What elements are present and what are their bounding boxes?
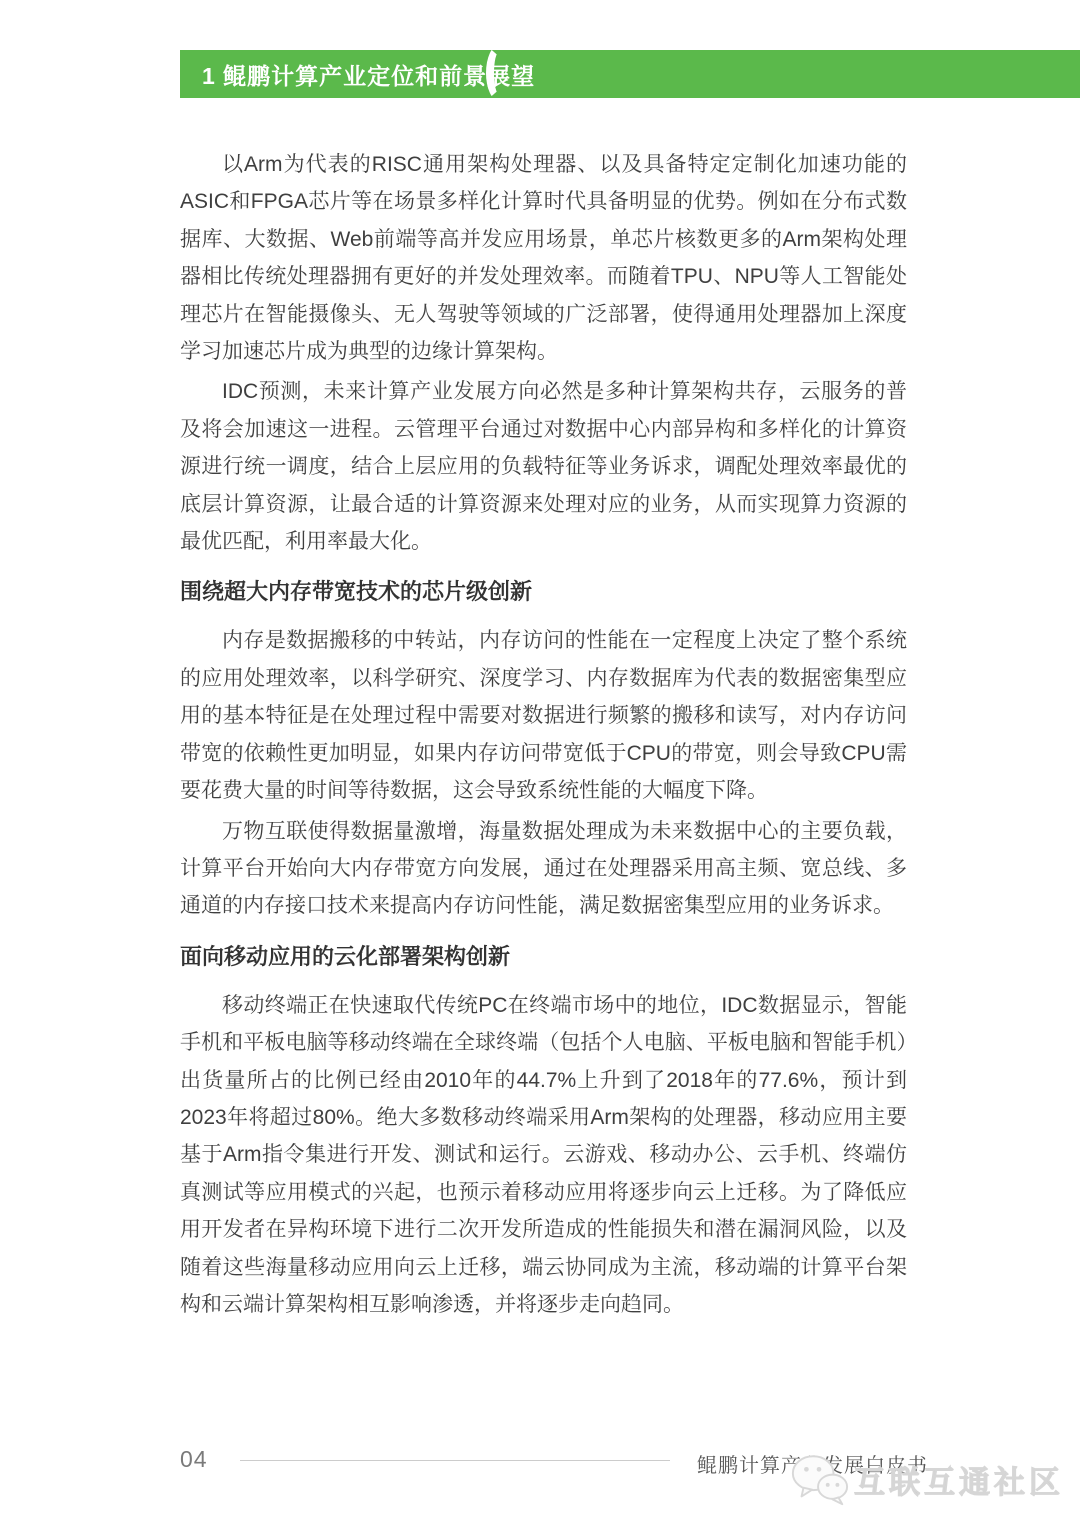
footer-divider xyxy=(240,1460,670,1461)
watermark-text: 互联互通社区 xyxy=(854,1457,1064,1502)
paragraph-mobile-terminal: 移动终端正在快速取代传统PC在终端市场中的地位，IDC数据显示，智能手机和平板电… xyxy=(180,987,907,1324)
paragraph-idc-forecast: IDC预测，未来计算产业发展方向必然是多种计算架构共存，云服务的普及将会加速这一… xyxy=(180,373,907,560)
paragraph-arm-risc: 以Arm为代表的RISC通用架构处理器、以及具备特定定制化加速功能的ASIC和F… xyxy=(180,146,907,370)
section-heading-cloud-mobile: 面向移动应用的云化部署架构创新 xyxy=(180,942,907,972)
section-heading-memory-bandwidth: 围绕超大内存带宽技术的芯片级创新 xyxy=(180,577,907,607)
chapter-title: 1 鲲鹏计算产业定位和前景展望 xyxy=(180,58,535,91)
paragraph-memory-transfer: 内存是数据搬移的中转站，内存访问的性能在一定程度上决定了整个系统的应用处理效率，… xyxy=(180,622,907,809)
wechat-bubbles-icon xyxy=(788,1448,850,1510)
paragraph-iot-growth: 万物互联使得数据量激增，海量数据处理成为未来数据中心的主要负载，计算平台开始向大… xyxy=(180,813,907,925)
parenthesis-decoration-icon xyxy=(486,45,512,101)
watermark: 互联互通社区 xyxy=(788,1448,1064,1510)
chapter-header-bar: 1 鲲鹏计算产业定位和前景展望 xyxy=(180,50,1080,98)
page-body: 以Arm为代表的RISC通用架构处理器、以及具备特定定制化加速功能的ASIC和F… xyxy=(180,146,907,1326)
page-number: 04 xyxy=(180,1446,208,1473)
